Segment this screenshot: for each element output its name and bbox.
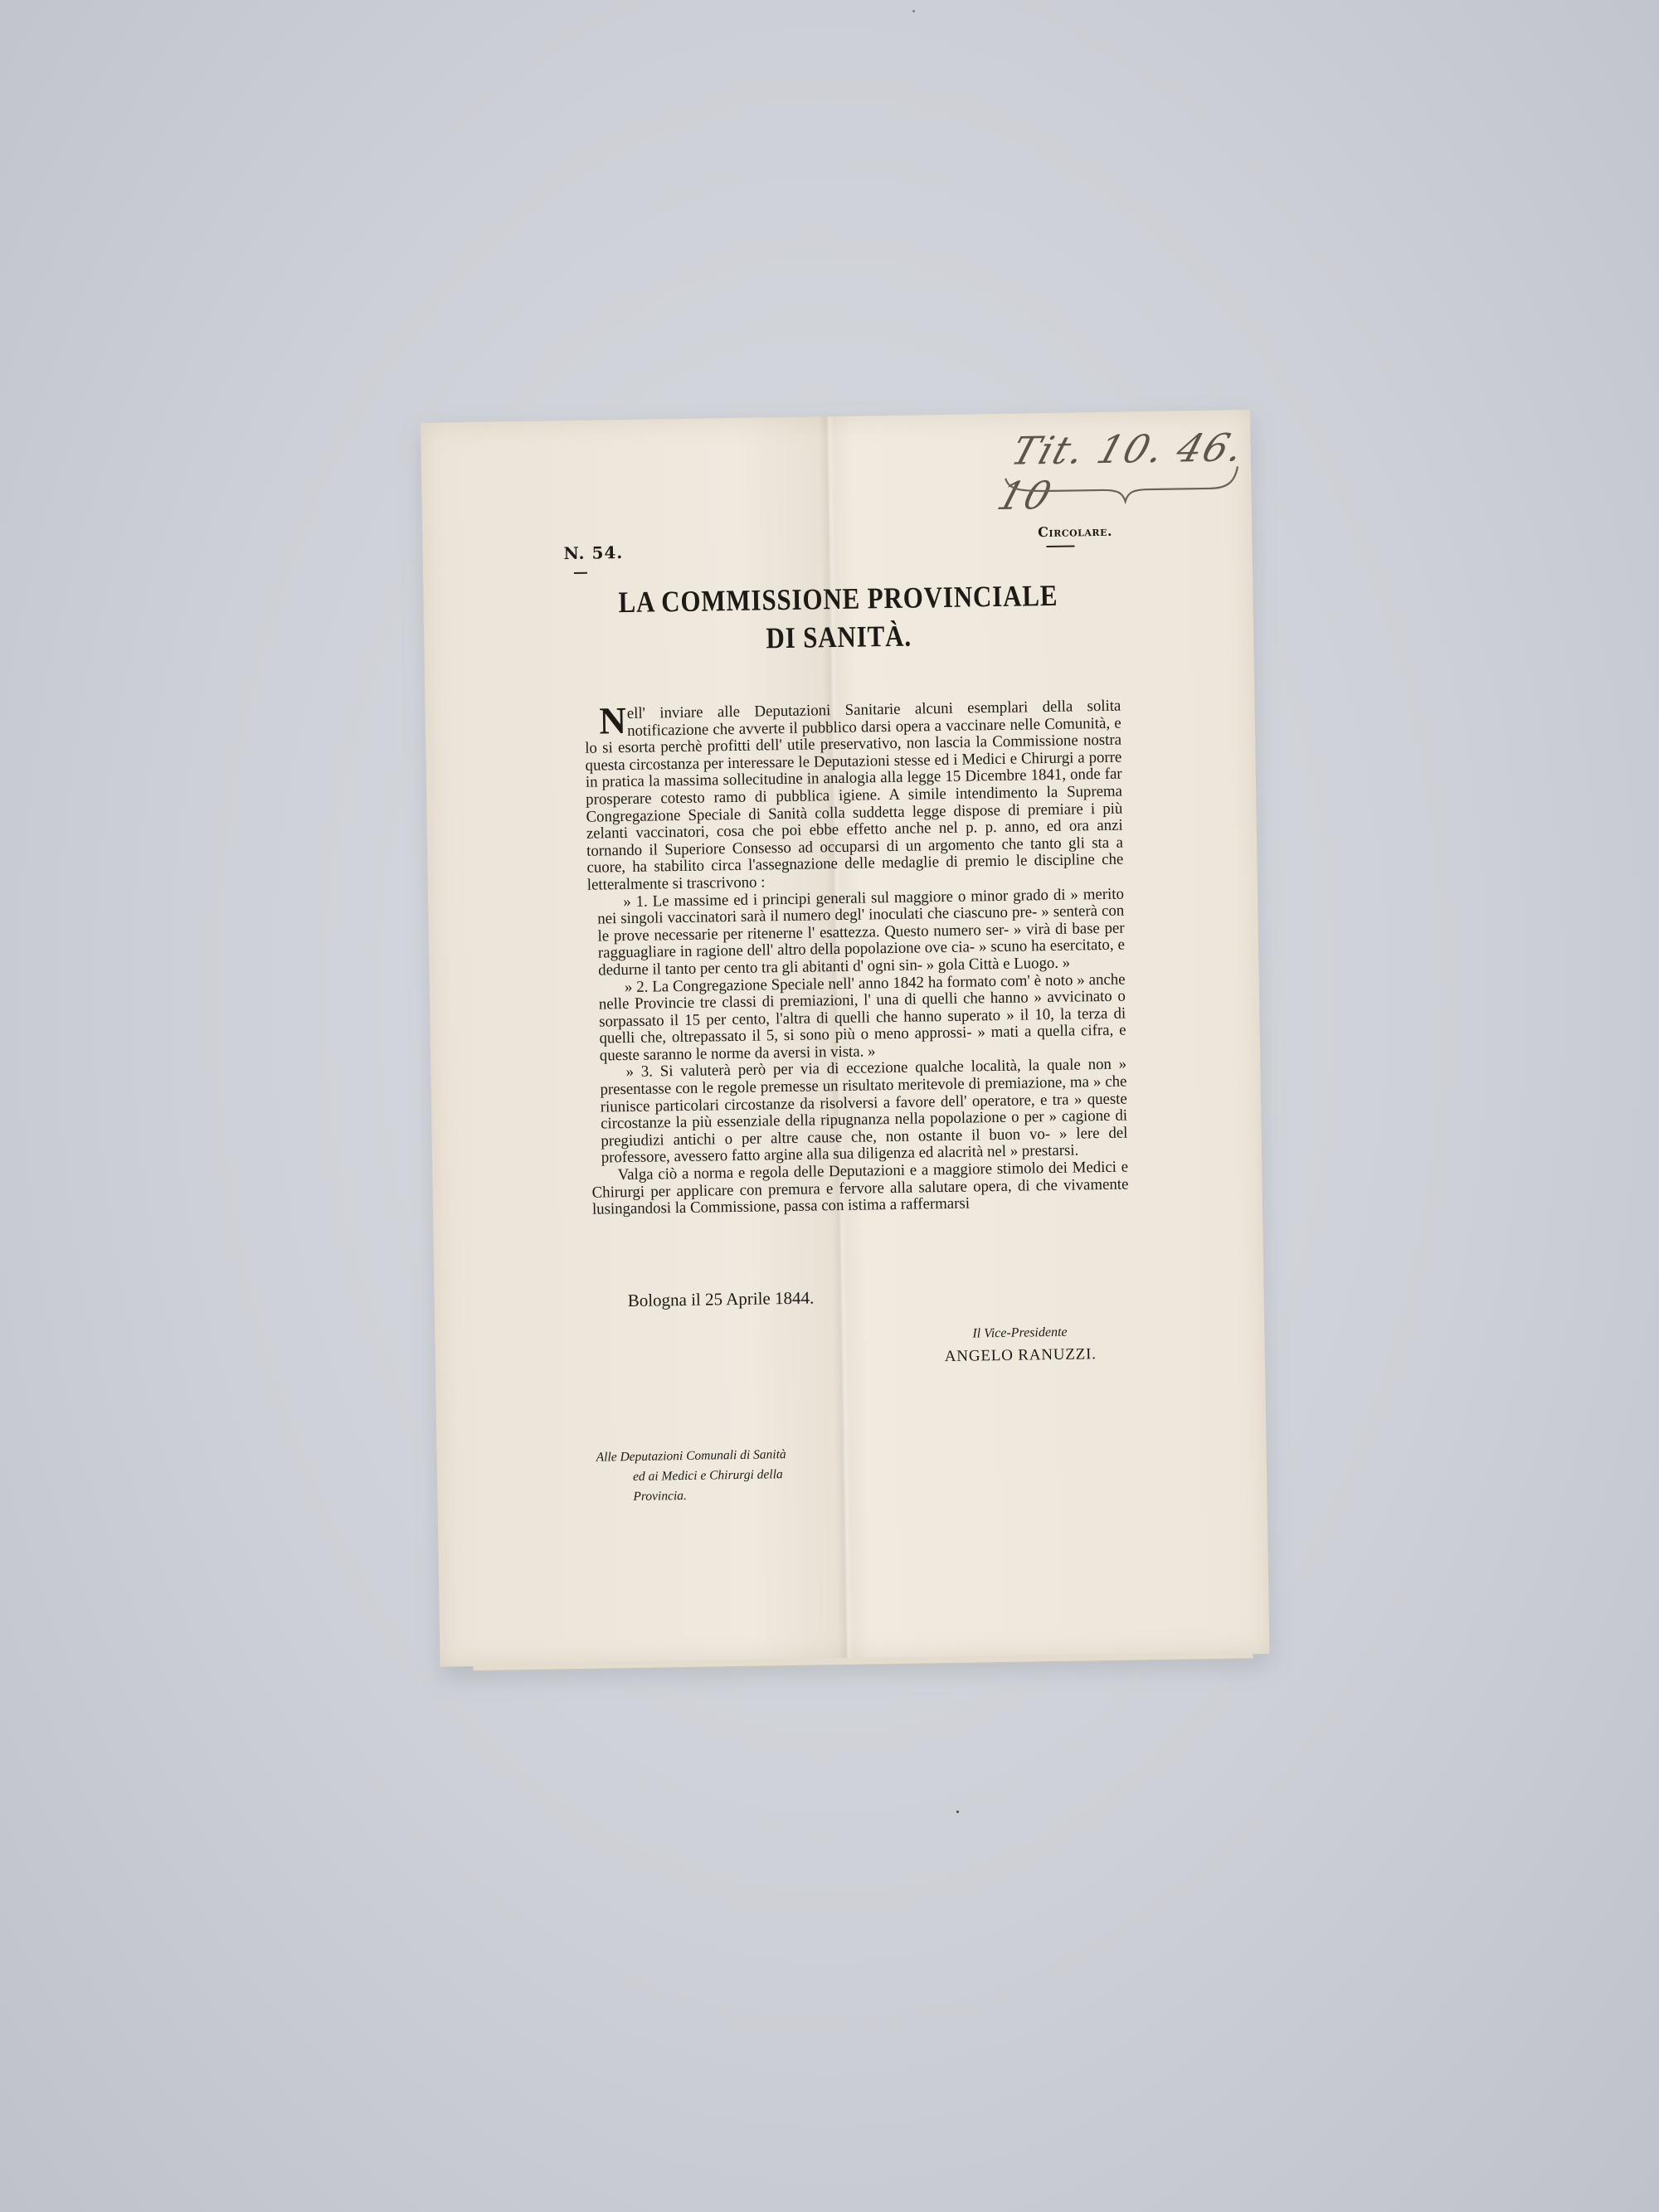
drop-cap: N: [599, 706, 626, 737]
date-line: Bologna il 25 Aprile 1844.: [628, 1288, 815, 1312]
signatory-title: Il Vice-Presidente: [972, 1325, 1067, 1342]
addressee-line: Alle Deputazioni Comunali di Sanità: [596, 1445, 786, 1468]
closing-paragraph: Valga ciò a norma e regola delle Deputaz…: [591, 1159, 1129, 1219]
article-2: » 2. La Congregazione Speciale nell' ann…: [589, 971, 1126, 1065]
signatory-name: ANGELO RANUZZI.: [945, 1345, 1097, 1366]
addressee-line: ed ai Medici e Chirurgi della: [596, 1465, 786, 1488]
document-type-label: Circolare.: [1038, 523, 1112, 540]
document-body: Nell' inviare alle Deputazioni Sanitarie…: [584, 698, 1128, 1219]
article-1: » 1. Le massime ed i principi generali s…: [587, 886, 1125, 980]
addressee-line: Provincia.: [596, 1485, 786, 1508]
intro-paragraph: Nell' inviare alle Deputazioni Sanitarie…: [584, 698, 1123, 895]
document-sheet: Tit. 10. 46. 10 N. 54. Circolare. LA COM…: [421, 410, 1269, 1667]
handwritten-brace-mark: [1002, 450, 1243, 512]
intro-text: ell' inviare alle Deputazioni Sanitarie …: [585, 698, 1123, 894]
circular-number: N. 54.: [563, 542, 623, 563]
article-3: » 3. Si valuterà però per via di eccezio…: [590, 1057, 1128, 1168]
addressee-block: Alle Deputazioni Comunali di Sanità ed a…: [596, 1445, 786, 1508]
surface-speck: [956, 1811, 959, 1813]
type-underline: [1046, 545, 1074, 547]
number-underline: [574, 572, 587, 574]
surface-speck: [912, 10, 915, 12]
